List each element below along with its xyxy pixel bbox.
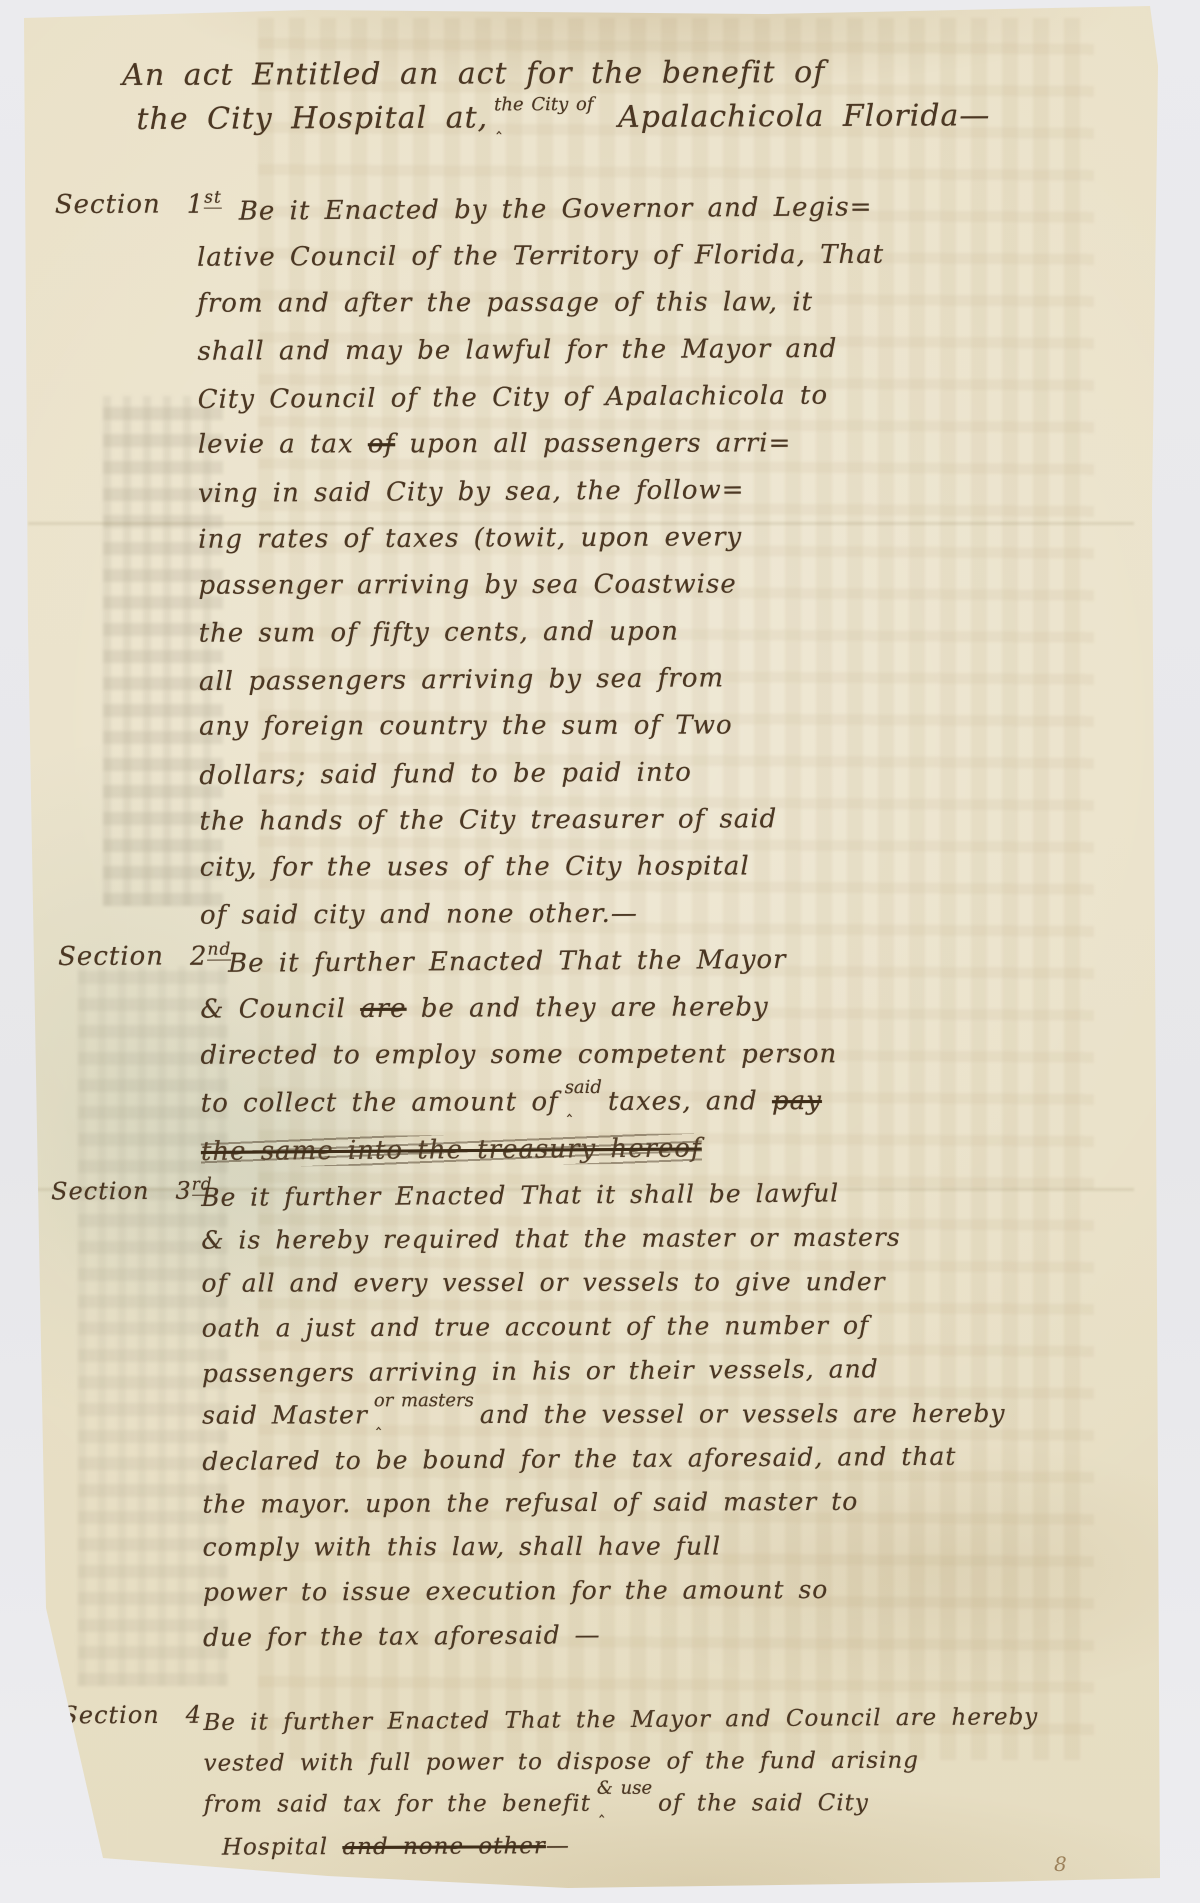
manuscript-line: ving in said City by sea, the follow= xyxy=(198,464,1162,518)
manuscript-line: Be it further Enacted That the Mayor xyxy=(200,934,1164,988)
manuscript-line: An act Entitled an act for the benefit o… xyxy=(122,49,1160,98)
text-segment: passengers arriving in his or their vess… xyxy=(202,1354,879,1388)
text-segment: shall and may be lawful for the Mayor an… xyxy=(197,334,837,367)
text-segment: upon all passengers arri= xyxy=(395,428,791,459)
manuscript-line: vested with full power to dispose of the… xyxy=(204,1738,1168,1784)
manuscript-line: ing rates of taxes (towit, upon every xyxy=(198,512,1162,563)
text-segment: the mayor. upon the refusal of said mast… xyxy=(202,1487,858,1519)
text-segment: Be it further Enacted That the Mayor xyxy=(228,945,787,979)
manuscript-line: the hands of the City treasurer of said xyxy=(199,794,1163,845)
text-segment: ving in said City by sea, the follow= xyxy=(198,475,745,509)
text-segment: taxes, and xyxy=(608,1086,772,1117)
text-segment: Apalachicola Florida— xyxy=(599,98,990,135)
manuscript-line: said Masteror mastersand the vessel or v… xyxy=(202,1391,1166,1437)
section-word: Section xyxy=(51,1177,149,1205)
text-segment: oath a just and true account of the numb… xyxy=(202,1311,870,1343)
inserted-text: said xyxy=(565,1064,602,1111)
text-segment: — xyxy=(546,1833,570,1859)
text-segment: of all and every vessel or vessels to gi… xyxy=(201,1267,885,1298)
section-number: 4 xyxy=(186,1701,202,1729)
text-segment: the hands of the City treasurer of said xyxy=(199,804,777,837)
manuscript-line: passenger arriving by sea Coastwise xyxy=(198,560,1162,609)
struck-text: are xyxy=(360,994,406,1024)
text-segment: & is hereby required that the master or … xyxy=(201,1223,900,1255)
text-segment: the sum of fifty cents, and upon xyxy=(199,617,679,649)
act-section: Section3rdBe it further Enacted That it … xyxy=(9,1170,1167,1659)
text-segment: from said tax for the benefit xyxy=(204,1791,591,1818)
act-section: Section2ndBe it further Enacted That the… xyxy=(8,935,1165,1175)
manuscript-line: the mayor. upon the refusal of said mast… xyxy=(202,1478,1166,1526)
struck-text: pay xyxy=(772,1086,822,1116)
text-segment: Be it further Enacted That it shall be l… xyxy=(201,1178,839,1211)
text-segment: City Council of the City of Apalachicola… xyxy=(198,381,829,415)
text-segment: Be it further Enacted That the Mayor and… xyxy=(203,1704,1038,1736)
text-segment: dollars; said fund to be paid into xyxy=(199,758,692,791)
text-segment: any foreign country the sum of Two xyxy=(199,710,733,741)
text-segment: be and they are hereby xyxy=(406,992,768,1024)
manuscript-line: dollars; said fund to be paid into xyxy=(199,746,1163,800)
text-segment: An act Entitled an act for the benefit o… xyxy=(122,55,825,93)
manuscript-line: directed to employ some competent person xyxy=(200,1030,1164,1079)
manuscript-line: City Council of the City of Apalachicola… xyxy=(197,370,1161,424)
manuscript-line: the sum of fifty cents, and upon xyxy=(199,606,1163,657)
inserted-text: or masters xyxy=(374,1379,474,1423)
text-segment: comply with this law, shall have full xyxy=(203,1531,722,1561)
text-segment: levie a tax xyxy=(198,429,368,459)
manuscript-line: & Council are be and they are hereby xyxy=(200,982,1164,1033)
text-segment: directed to employ some competent person xyxy=(200,1039,837,1070)
text-segment: of said city and none other.— xyxy=(200,899,638,931)
manuscript-line: due for the tax aforesaid — xyxy=(203,1609,1167,1660)
document-body: Section1stBe it Enacted by the Governor … xyxy=(5,183,1168,1869)
text-segment: all passengers arriving by sea from xyxy=(199,663,724,697)
manuscript-line: levie a tax of upon all passengers arri= xyxy=(198,419,1162,468)
manuscript-line: oath a just and true account of the numb… xyxy=(202,1302,1166,1350)
text-segment: power to issue execution for the amount … xyxy=(203,1575,829,1607)
text-segment: to collect the amount of xyxy=(201,1087,559,1119)
manuscript-line: from said tax for the benefit& useof the… xyxy=(204,1781,1168,1825)
manuscript-line: city, for the uses of the City hospital xyxy=(200,842,1164,891)
manuscript-line: Be it Enacted by the Governor and Legis= xyxy=(197,182,1161,236)
manuscript-line: lative Council of the Territory of Flori… xyxy=(197,230,1161,281)
text-segment: ing rates of taxes (towit, upon every xyxy=(198,522,742,554)
manuscript-line: the City Hospital at,the City of Apalach… xyxy=(122,93,1160,142)
section-word: Section xyxy=(55,190,161,220)
manuscript-text: An act Entitled an act for the benefit o… xyxy=(4,3,1168,1869)
manuscript-line: to collect the amount ofsaidtaxes, and p… xyxy=(201,1076,1165,1127)
manuscript-line: Be it further Enacted That it shall be l… xyxy=(201,1169,1165,1220)
manuscript-line: declared to be bound for the tax aforesa… xyxy=(202,1433,1166,1484)
act-section: Section1stBe it Enacted by the Governor … xyxy=(5,183,1164,940)
text-segment: Hospital xyxy=(222,1834,343,1861)
document-title: An act Entitled an act for the benefit o… xyxy=(4,3,1161,142)
manuscript-line: passengers arriving in his or their vess… xyxy=(202,1345,1166,1396)
text-segment: from and after the passage of this law, … xyxy=(197,287,813,318)
text-segment: the City Hospital at, xyxy=(136,100,488,137)
section-text: Be it further Enacted That the Mayor and… xyxy=(203,1696,1168,1868)
manuscript-line: power to issue execution for the amount … xyxy=(203,1566,1167,1614)
act-section: Section4Be it further Enacted That the M… xyxy=(11,1696,1168,1869)
manuscript-line: all passengers arriving by sea from xyxy=(199,652,1163,706)
manuscript-line: the same into the treasury hereof xyxy=(201,1122,1165,1176)
manuscript-line: shall and may be lawful for the Mayor an… xyxy=(197,324,1161,375)
text-segment: vested with full power to dispose of the… xyxy=(204,1748,919,1777)
section-label: Section1st xyxy=(5,188,197,220)
text-segment: said Master xyxy=(202,1400,368,1429)
struck-text: of xyxy=(368,429,395,459)
text-segment: declared to be bound for the tax aforesa… xyxy=(202,1442,956,1476)
text-segment: passenger arriving by sea Coastwise xyxy=(198,569,736,600)
text-segment: city, for the uses of the City hospital xyxy=(200,851,750,882)
struck-text: the same into the treasury hereof xyxy=(201,1133,702,1166)
manuscript-line: Be it further Enacted That the Mayor and… xyxy=(203,1695,1167,1744)
section-text: Be it further Enacted That it shall be l… xyxy=(201,1170,1167,1658)
inserted-text: the City of xyxy=(494,83,594,127)
document-page: An act Entitled an act for the benefit o… xyxy=(8,6,1164,1890)
text-segment: and the vessel or vessels are hereby xyxy=(480,1399,1006,1429)
section-label: Section2nd xyxy=(8,940,200,972)
text-segment: & Council xyxy=(200,994,360,1025)
section-word: Section xyxy=(58,941,164,971)
section-text: Be it Enacted by the Governor and Legis=… xyxy=(197,183,1164,939)
text-segment: Be it Enacted by the Governor and Legis= xyxy=(239,192,873,226)
struck-text: and none other xyxy=(342,1833,546,1860)
page-number: 8 xyxy=(1054,1852,1067,1876)
manuscript-line: of all and every vessel or vessels to gi… xyxy=(201,1259,1165,1305)
manuscript-line: Hospital and none other— xyxy=(204,1822,1168,1868)
manuscript-line: & is hereby required that the master or … xyxy=(201,1214,1165,1262)
manuscript-line: comply with this law, shall have full xyxy=(203,1523,1167,1569)
section-word: Section xyxy=(61,1701,159,1729)
text-segment: due for the tax aforesaid — xyxy=(203,1620,601,1652)
manuscript-line: any foreign country the sum of Two xyxy=(199,701,1163,750)
text-segment: of the said City xyxy=(658,1790,869,1816)
manuscript-line: of said city and none other.— xyxy=(200,888,1164,939)
inserted-text: & use xyxy=(597,1768,652,1810)
section-text: Be it further Enacted That the Mayor& Co… xyxy=(200,935,1165,1174)
manuscript-line: from and after the passage of this law, … xyxy=(197,278,1161,327)
text-segment: lative Council of the Territory of Flori… xyxy=(197,240,884,273)
